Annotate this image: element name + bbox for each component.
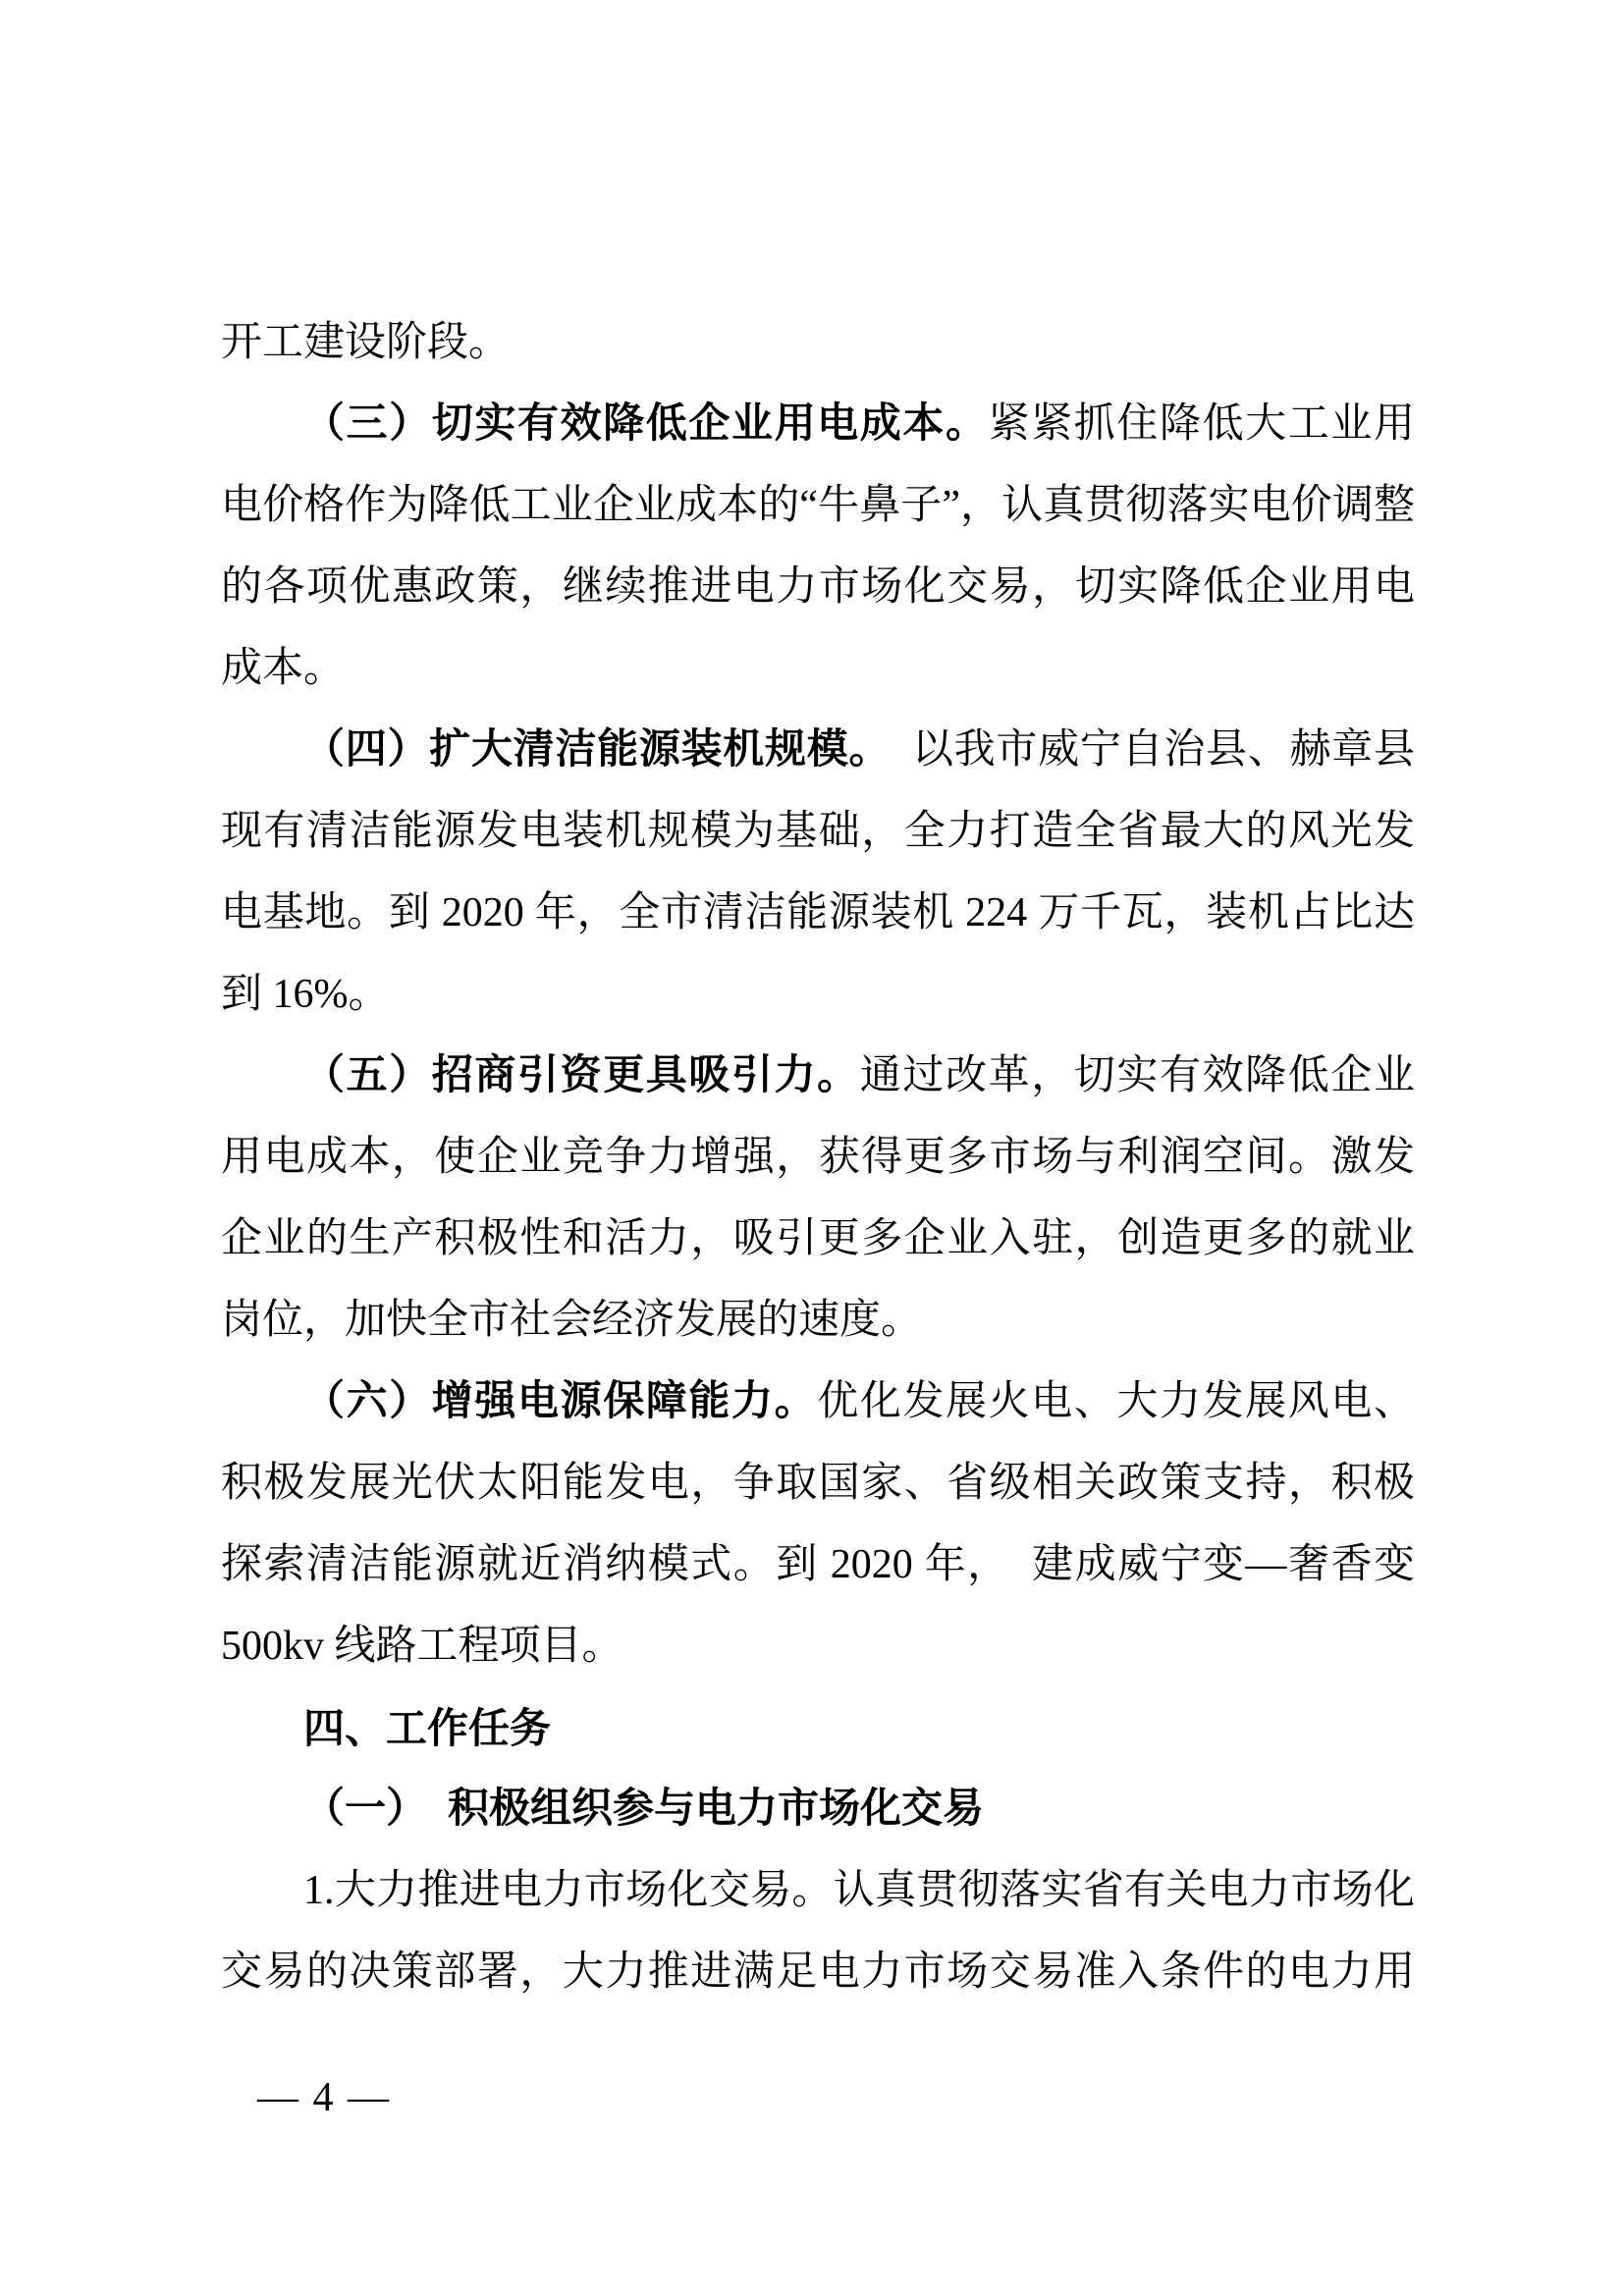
- text-line: 1.大力推进电力市场化交易。认真贯彻落实省有关电力市场化: [221, 1850, 1415, 1932]
- text-segment-body: 用电成本，使企业竞争力增强，获得更多市场与利润空间。激发: [221, 1135, 1415, 1180]
- text-line: （四）扩大清洁能源装机规模。 以我市威宁自治县、赫章县: [221, 710, 1415, 791]
- text-line: （五）招商引资更具吸引力。通过改革，切实有效降低企业: [221, 1036, 1415, 1117]
- text-line: （三）切实有效降低企业用电成本。紧紧抓住降低大工业用: [221, 384, 1415, 465]
- text-line: 的各项优惠政策，继续推进电力市场化交易，切实降低企业用电: [221, 547, 1415, 628]
- text-segment-body: 到 16%。: [221, 972, 390, 1017]
- page-number: — 4 —: [257, 2065, 391, 2130]
- text-line: 电价格作为降低工业企业成本的“牛鼻子”，认真贯彻落实电价调整: [221, 465, 1415, 547]
- text-line: 500kv 线路工程项目。: [221, 1606, 1415, 1687]
- text-line: 积极发展光伏太阳能发电，争取国家、省级相关政策支持，积极: [221, 1443, 1415, 1524]
- text-segment-body: 积极发展光伏太阳能发电，争取国家、省级相关政策支持，积极: [221, 1461, 1415, 1506]
- text-line: （六）增强电源保障能力。优化发展火电、大力发展风电、: [221, 1362, 1415, 1443]
- text-line: 岗位，加快全市社会经济发展的速度。: [221, 1280, 1415, 1362]
- text-line: 电基地。到 2020 年，全市清洁能源装机 224 万千瓦，装机占比达: [221, 873, 1415, 954]
- text-segment-subheading: （一） 积极组织参与电力市场化交易: [303, 1787, 984, 1832]
- text-segment-body: 1.大力推进电力市场化交易。认真贯彻落实省有关电力市场化: [303, 1868, 1415, 1913]
- text-segment-body: 交易的决策部署，大力推进满足电力市场交易准入条件的电力用: [221, 1949, 1415, 1995]
- text-line: 企业的生产积极性和活力，吸引更多企业入驻，创造更多的就业: [221, 1199, 1415, 1280]
- text-segment-body: 企业的生产积极性和活力，吸引更多企业入驻，创造更多的就业: [221, 1216, 1415, 1261]
- text-segment-lead: （五）招商引资更具吸引力。: [303, 1053, 860, 1098]
- text-line: 现有清洁能源发电装机规模为基础，全力打造全省最大的风光发: [221, 791, 1415, 873]
- text-line: 交易的决策部署，大力推进满足电力市场交易准入条件的电力用: [221, 1932, 1415, 2013]
- text-segment-body: 优化发展火电、大力发展风电、: [817, 1379, 1415, 1424]
- text-segment-body: 开工建设阶段。: [221, 320, 510, 365]
- text-line: 开工建设阶段。: [221, 302, 1415, 384]
- text-segment-lead: （六）增强电源保障能力。: [303, 1379, 817, 1424]
- text-line: 用电成本，使企业竞争力增强，获得更多市场与利润空间。激发: [221, 1117, 1415, 1199]
- text-segment-body: 以我市威宁自治县、赫章县: [870, 727, 1415, 773]
- text-segment-body: 的各项优惠政策，继续推进电力市场化交易，切实降低企业用电: [221, 564, 1415, 610]
- text-segment-body: 成本。: [221, 646, 345, 691]
- text-segment-body: 紧紧抓住降低大工业用: [989, 401, 1415, 447]
- text-segment-lead: （三）切实有效降低企业用电成本。: [303, 401, 989, 447]
- text-segment-body: 通过改革，切实有效降低企业: [860, 1053, 1415, 1098]
- text-segment-heading: 四、工作任务: [303, 1705, 551, 1751]
- text-segment-body: 电基地。到 2020 年，全市清洁能源装机 224 万千瓦，装机占比达: [221, 890, 1415, 935]
- text-line: 四、工作任务: [221, 1687, 1415, 1769]
- text-segment-body: 现有清洁能源发电装机规模为基础，全力打造全省最大的风光发: [221, 809, 1415, 854]
- text-segment-body: 岗位，加快全市社会经济发展的速度。: [221, 1298, 922, 1343]
- text-line: 探索清洁能源就近消纳模式。到 2020 年， 建成威宁变—奢香变: [221, 1524, 1415, 1606]
- text-segment-body: 500kv 线路工程项目。: [221, 1624, 623, 1669]
- text-line: 成本。: [221, 628, 1415, 710]
- text-segment-body: 电价格作为降低工业企业成本的“牛鼻子”，认真贯彻落实电价调整: [221, 483, 1415, 528]
- document-text: 开工建设阶段。（三）切实有效降低企业用电成本。紧紧抓住降低大工业用电价格作为降低…: [221, 302, 1415, 2013]
- text-line: （一） 积极组织参与电力市场化交易: [221, 1769, 1415, 1850]
- document-page: 开工建设阶段。（三）切实有效降低企业用电成本。紧紧抓住降低大工业用电价格作为降低…: [0, 0, 1623, 2296]
- text-segment-lead: （四）扩大清洁能源装机规模。: [303, 727, 870, 773]
- text-line: 到 16%。: [221, 954, 1415, 1036]
- text-segment-body: 探索清洁能源就近消纳模式。到 2020 年， 建成威宁变—奢香变: [221, 1542, 1415, 1587]
